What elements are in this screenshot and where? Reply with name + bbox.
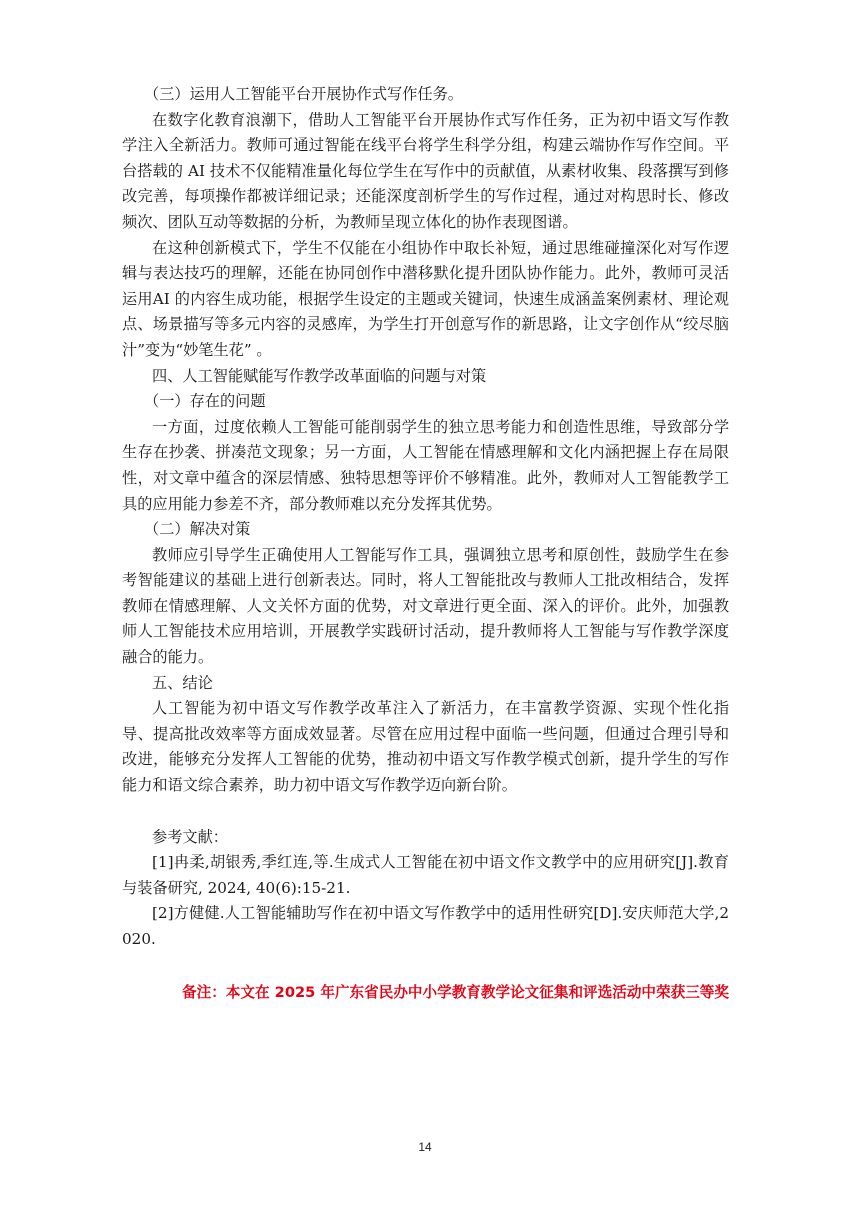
section-4-solutions-paragraph: 教师应引导学生正确使用人工智能写作工具，强调独立思考和原创性，鼓励学生在参考智能… — [122, 543, 729, 671]
document-body: （三）运用人工智能平台开展协作式写作任务。 在数字化教育浪潮下，借助人工智能平台… — [122, 82, 729, 953]
section-5-heading: 五、结论 — [122, 671, 729, 697]
conclusion-paragraph: 人工智能为初中语文写作教学改革注入了新活力，在丰富教学资源、实现个性化指导、提高… — [122, 696, 729, 798]
section-3-paragraph-1: 在数字化教育浪潮下，借助人工智能平台开展协作式写作任务，正为初中语文写作教学注入… — [122, 108, 729, 236]
spacer — [122, 799, 729, 825]
section-3-paragraph-2: 在这种创新模式下，学生不仅能在小组协作中取长补短，通过思维碰撞深化对写作逻辑与表… — [122, 236, 729, 364]
references-heading: 参考文献： — [122, 825, 729, 851]
award-note: 备注：本文在 2025 年广东省民办中小学教育教学论文征集和评选活动中荣获三等奖 — [122, 980, 729, 1006]
section-3-heading: （三）运用人工智能平台开展协作式写作任务。 — [122, 82, 729, 108]
section-4-problems-paragraph: 一方面，过度依赖人工智能可能削弱学生的独立思考能力和创造性思维，导致部分学生存在… — [122, 415, 729, 517]
section-4-subheading-problems: （一）存在的问题 — [122, 389, 729, 415]
section-4-heading: 四、人工智能赋能写作教学改革面临的问题与对策 — [122, 364, 729, 390]
reference-item: [2]方健健.人工智能辅助写作在初中语文写作教学中的适用性研究[D].安庆师范大… — [122, 901, 729, 952]
page-number: 14 — [0, 1140, 850, 1154]
section-4-subheading-solutions: （二）解决对策 — [122, 517, 729, 543]
reference-item: [1]冉柔,胡银秀,季红连,等.生成式人工智能在初中语文作文教学中的应用研究[J… — [122, 850, 729, 901]
